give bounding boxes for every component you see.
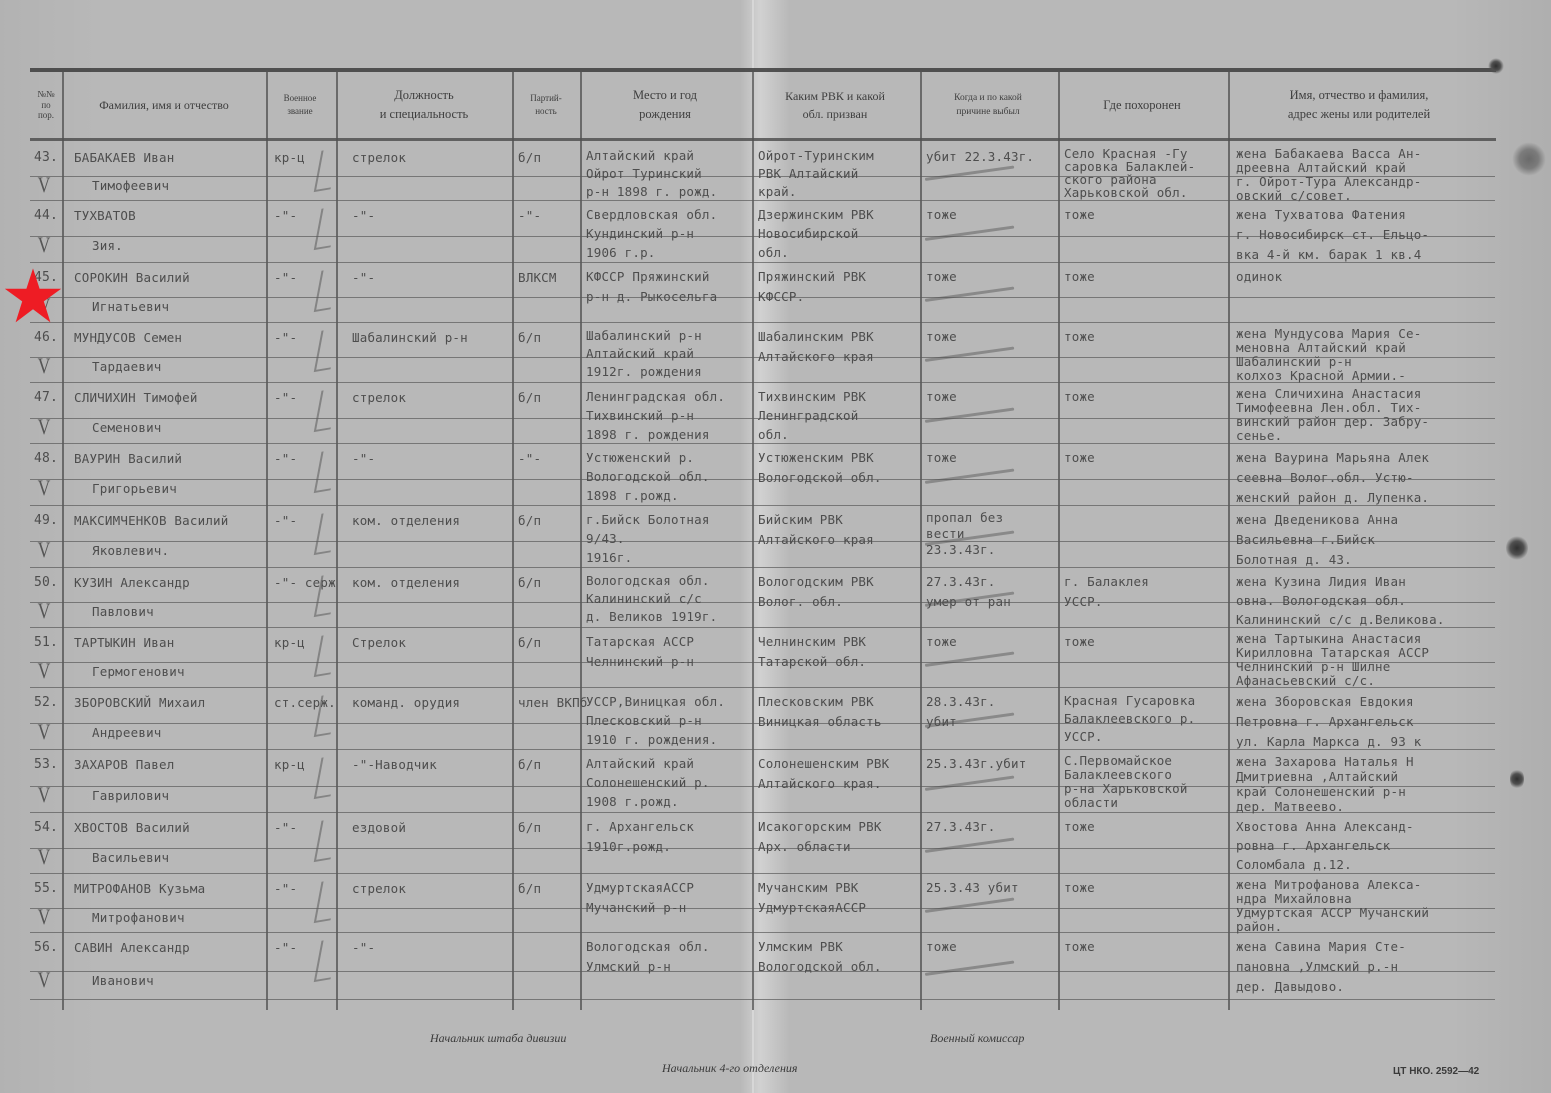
column-divider [512, 70, 514, 1010]
pencil-stroke [925, 837, 1015, 852]
soldier-surname: ВАУРИН Василий [74, 449, 264, 469]
row-number: 55. [34, 879, 62, 899]
soldier-surname: ТУХВАТОВ [74, 206, 264, 226]
column-divider [1228, 70, 1230, 1010]
departure-reason: 25.3.43г.убит [926, 754, 1056, 774]
party-membership: б/п [518, 388, 578, 408]
pencil-stroke [925, 960, 1015, 975]
burial-place: тоже [1064, 327, 1226, 347]
position: стрелок [352, 879, 512, 899]
row-number: 50. [34, 573, 62, 593]
birth-place-year: КФССР Пряжинскийр-н д. Рыкосельга [586, 267, 750, 307]
birth-place-year: г. Архангельск1910г.рожд. [586, 817, 750, 857]
departure-reason: 27.3.43г.умер от ран [926, 572, 1056, 612]
header-party: Партий-ность [512, 72, 580, 138]
party-membership: член ВКПб [518, 693, 578, 713]
birth-place-year: Алтайский крайСолонешенский р.1908 г.рож… [586, 754, 750, 811]
row-rule [30, 999, 1495, 1000]
soldier-patronymic: Игнатьевич [92, 297, 262, 317]
departure-reason: тоже [926, 448, 1056, 468]
burial-place: С.ПервомайскоеБалаклеевскогор-на Харьков… [1064, 754, 1226, 810]
row-number: 47. [34, 388, 62, 408]
departure-reason: тоже [926, 937, 1056, 957]
signature-commissar: Военный комиссар [930, 1031, 1024, 1046]
pencil-check-icon: V [38, 414, 51, 440]
party-membership: б/п [518, 511, 578, 531]
column-divider [920, 70, 922, 1010]
soldier-surname: МИТРОФАНОВ Кузьма [74, 879, 264, 899]
pencil-stroke [925, 225, 1015, 240]
relatives-address: жена Зборовская ЕвдокияПетровна г. Архан… [1236, 692, 1494, 752]
soldier-surname: МАКСИМЧЕНКОВ Василий [74, 511, 264, 531]
departure-reason: 28.3.43г.убит [926, 692, 1056, 732]
column-divider [752, 70, 754, 1010]
header-relatives: Имя, отчество и фамилия,адрес жены или р… [1228, 72, 1490, 138]
relatives-address: жена Митрофанова Алекса-ндра МихайловнаУ… [1236, 878, 1494, 934]
departure-reason: 25.3.43 убит [926, 878, 1056, 898]
header-when: Когда и по какойпричине выбыл [920, 72, 1056, 138]
birth-place-year: УдмуртскаяАССРМучанский р-н [586, 878, 750, 918]
burial-place: Село Красная -Гусаровка Балаклей-ского р… [1064, 147, 1226, 199]
pencil-stroke [925, 897, 1015, 912]
burial-place: тоже [1064, 937, 1226, 957]
header-num: №№попор. [30, 72, 62, 138]
soldier-patronymic: Васильевич [92, 848, 262, 868]
pencil-check-icon: V [38, 967, 51, 993]
soldier-patronymic: Зия. [92, 236, 262, 256]
position: -"- [352, 206, 512, 226]
pencil-stroke [925, 286, 1015, 301]
burial-place: тоже [1064, 817, 1226, 837]
signature-chief-4th-dept: Начальник 4-го отделения [662, 1061, 797, 1076]
burial-place: тоже [1064, 267, 1226, 287]
birth-place-year: г.Бийск Болотная9/43.1916г. [586, 510, 750, 567]
departure-reason: 27.3.43г. [926, 817, 1056, 837]
column-divider [1058, 70, 1060, 1010]
table-header-rule [30, 138, 1496, 141]
relatives-address: жена Тартыкина АнастасияКирилловна Татар… [1236, 632, 1494, 688]
soldier-patronymic: Иванович [92, 971, 262, 991]
burial-place: Красная ГусаровкаБалаклеевского р.УССР. [1064, 692, 1226, 746]
soldier-surname: СОРОКИН Василий [74, 268, 264, 288]
soldier-patronymic: Семенович [92, 418, 262, 438]
burial-place: тоже [1064, 205, 1226, 225]
pencil-check-icon: V [38, 353, 51, 379]
soldier-surname: ЗАХАРОВ Павел [74, 755, 264, 775]
soldier-surname: ТАРТЫКИН Иван [74, 633, 264, 653]
draft-office: Бийским РВКАлтайского края [758, 510, 918, 550]
position: ездовой [352, 818, 512, 838]
position: Шабалинский р-н [352, 328, 512, 348]
burial-place: тоже [1064, 878, 1226, 898]
soldier-patronymic: Гермогенович [92, 662, 262, 682]
party-membership: б/п [518, 148, 578, 168]
row-number: 51. [34, 633, 62, 653]
pencil-check-icon: V [38, 782, 51, 808]
row-rule [30, 322, 1495, 323]
burial-place: тоже [1064, 387, 1226, 407]
header-birth: Место и годрождения [580, 72, 750, 138]
birth-place-year: Вологодская обл.Улмский р-н [586, 937, 750, 977]
soldier-patronymic: Павлович [92, 602, 262, 622]
punch-hole [1506, 535, 1528, 561]
pencil-stroke [925, 407, 1015, 422]
position: -"- [352, 268, 512, 288]
pencil-check-icon: V [38, 172, 51, 198]
pencil-check-icon: V [38, 658, 51, 684]
soldier-patronymic: Митрофанович [92, 908, 262, 928]
header-position: Должностьи специальность [336, 72, 512, 138]
relatives-address: Хвостова Анна Александ-ровна г. Архангел… [1236, 817, 1494, 874]
pencil-check-icon: V [38, 232, 51, 258]
departure-reason: тоже [926, 267, 1056, 287]
row-number: 54. [34, 818, 62, 838]
soldier-surname: КУЗИН Александр [74, 573, 264, 593]
row-number: 56. [34, 938, 62, 958]
birth-place-year: Алтайский крайОйрот Туринскийр-н 1898 г.… [586, 147, 750, 201]
birth-place-year: Устюженский р.Вологодской обл.1898 г.рож… [586, 448, 750, 505]
document-page: №№попор. Фамилия, имя и отчество Военное… [0, 0, 1551, 1093]
soldier-surname: БАБАКАЕВ Иван [74, 148, 264, 168]
party-membership: б/п [518, 573, 578, 593]
column-divider [266, 70, 268, 1010]
birth-place-year: Шабалинский р-нАлтайский край1912г. рожд… [586, 327, 750, 381]
position: ком. отделения [352, 511, 512, 531]
row-number: 44. [34, 206, 62, 226]
relatives-address: жена Ваурина Марьяна Алексеевна Волог.об… [1236, 448, 1494, 508]
party-membership: б/п [518, 633, 578, 653]
soldier-patronymic: Андреевич [92, 723, 262, 743]
header-name: Фамилия, имя и отчество [62, 72, 266, 138]
punch-hole [1512, 142, 1546, 176]
header-buried: Где похоронен [1058, 72, 1226, 138]
departure-reason: убит 22.3.43г. [926, 147, 1056, 167]
draft-office: Вологодским РВКВолог. обл. [758, 572, 918, 612]
draft-office: Тихвинским РВКЛенинградскойобл. [758, 387, 918, 444]
draft-office: Дзержинским РВКНовосибирскойобл. [758, 205, 918, 262]
position: Стрелок [352, 633, 512, 653]
soldier-surname: САВИН Александр [74, 938, 264, 958]
pencil-stroke [925, 775, 1015, 790]
row-number: 52. [34, 693, 62, 713]
position: команд. орудия [352, 693, 512, 713]
soldier-surname: МУНДУСОВ Семен [74, 328, 264, 348]
header-rvk: Каким РВК и какойобл. призван [752, 72, 918, 138]
party-membership: ВЛКСМ [518, 268, 578, 288]
column-divider [62, 70, 64, 1010]
position: -"- [352, 938, 512, 958]
party-membership: б/п [518, 818, 578, 838]
red-star-icon [3, 266, 63, 326]
birth-place-year: Татарская АССРЧелнинский р-н [586, 632, 750, 672]
position: стрелок [352, 148, 512, 168]
position: -"- [352, 449, 512, 469]
burial-place: тоже [1064, 632, 1226, 652]
draft-office: Челнинским РВКТатарской обл. [758, 632, 918, 672]
pencil-stroke [925, 346, 1015, 361]
relatives-address: жена Кузина Лидия Ивановна. Вологодская … [1236, 572, 1494, 629]
birth-place-year: УССР,Виницкая обл.Плесковский р-н1910 г.… [586, 692, 750, 749]
draft-office: Улмским РВКВологодской обл. [758, 937, 918, 977]
pencil-check-icon: V [38, 475, 51, 501]
signature-chief-of-staff: Начальник штаба дивизии [430, 1031, 566, 1046]
relatives-address: жена Дведеникова АннаВасильевна г.БийскБ… [1236, 510, 1494, 570]
header-rank: Военноезвание [266, 72, 334, 138]
row-number: 43. [34, 148, 62, 168]
burial-place: г. БалаклеяУССР. [1064, 572, 1226, 612]
draft-office: Шабалинским РВКАлтайского края [758, 327, 918, 367]
soldier-surname: ЗБОРОВСКИЙ Михаил [74, 693, 264, 713]
punch-hole [1488, 58, 1504, 74]
pencil-check-icon: V [38, 844, 51, 870]
birth-place-year: Вологодская обл.Калининский с/сд. Велико… [586, 572, 750, 626]
position: ком. отделения [352, 573, 512, 593]
row-number: 49. [34, 511, 62, 531]
soldier-patronymic: Тимофеевич [92, 176, 262, 196]
relatives-address: жена Бабакаева Васса Ан-дреевна Алтайски… [1236, 147, 1494, 203]
party-membership: -"- [518, 206, 578, 226]
birth-place-year: Свердловская обл.Кундинский р-н1906 г.р. [586, 205, 750, 262]
row-number: 46. [34, 328, 62, 348]
party-membership: -"- [518, 449, 578, 469]
departure-reason: тоже [926, 632, 1056, 652]
punch-hole [1510, 768, 1524, 790]
pencil-check-icon: V [38, 537, 51, 563]
relatives-address: жена Мундусова Мария Се-меновна Алтайски… [1236, 327, 1494, 383]
departure-reason: тоже [926, 205, 1056, 225]
soldier-patronymic: Яковлевич. [92, 541, 262, 561]
soldier-patronymic: Григорьевич [92, 479, 262, 499]
position: стрелок [352, 388, 512, 408]
draft-office: Плесковским РВКВиницкая область [758, 692, 918, 732]
draft-office: Устюженским РВКВологодской обл. [758, 448, 918, 488]
pencil-check-icon: V [38, 719, 51, 745]
relatives-address: жена Савина Мария Сте-пановна ,Улмский р… [1236, 937, 1494, 997]
draft-office: Ойрот-ТуринскимРВК Алтайскийкрай. [758, 147, 918, 201]
pencil-stroke [925, 468, 1015, 483]
relatives-address: жена Сличихина АнастасияТимофеевна Лен.о… [1236, 387, 1494, 443]
party-membership: б/п [518, 328, 578, 348]
soldier-surname: ХВОСТОВ Василий [74, 818, 264, 838]
pencil-check-icon: V [38, 598, 51, 624]
column-divider [580, 70, 582, 1010]
birth-place-year: Ленинградская обл.Тихвинский р-н1898 г. … [586, 387, 750, 444]
departure-reason: тоже [926, 327, 1056, 347]
draft-office: Мучанским РВКУдмуртскаяАССР [758, 878, 918, 918]
relatives-address: жена Тухватова Фатенияг. Новосибирск ст.… [1236, 205, 1494, 265]
row-number: 53. [34, 755, 62, 775]
soldier-surname: СЛИЧИХИН Тимофей [74, 388, 264, 408]
form-code: ЦТ НКО. 2592—42 [1393, 1066, 1479, 1077]
pencil-stroke [925, 651, 1015, 666]
draft-office: Пряжинский РВККФССР. [758, 267, 918, 307]
party-membership: б/п [518, 755, 578, 775]
relatives-address: одинок [1236, 267, 1494, 287]
party-membership: б/п [518, 879, 578, 899]
pencil-stroke [925, 165, 1015, 180]
draft-office: Исакогорским РВКАрх. области [758, 817, 918, 857]
soldier-patronymic: Тардаевич [92, 357, 262, 377]
position: -"-Наводчик [352, 755, 512, 775]
relatives-address: жена Захарова Наталья НДмитриевна ,Алтай… [1236, 754, 1494, 814]
departure-reason: тоже [926, 387, 1056, 407]
draft-office: Солонешенским РВКАлтайского края. [758, 754, 918, 794]
burial-place: тоже [1064, 448, 1226, 468]
soldier-patronymic: Гаврилович [92, 786, 262, 806]
pencil-check-icon: V [38, 904, 51, 930]
row-number: 48. [34, 449, 62, 469]
